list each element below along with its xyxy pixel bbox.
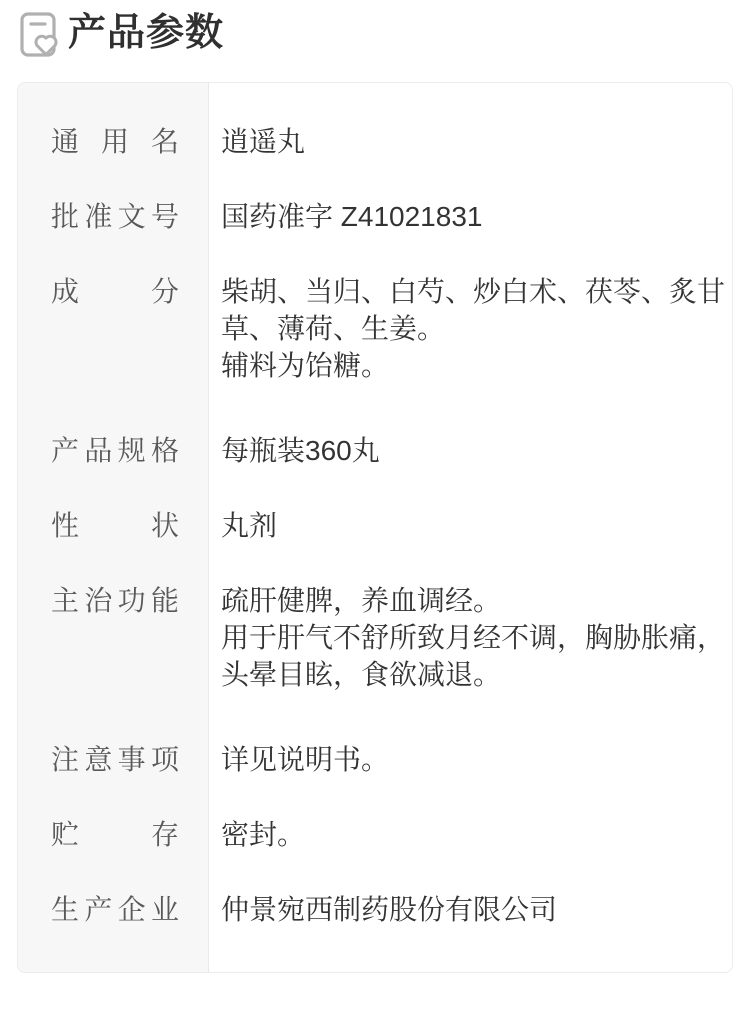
row-value: 国药准字 Z41021831 — [208, 179, 733, 254]
parameters-table: 通用名 逍遥丸 批准文号 国药准字 Z41021831 成分 柴胡、当归、白芍、… — [18, 104, 733, 947]
table-row: 批准文号 国药准字 Z41021831 — [18, 179, 733, 254]
value-line: 疏肝健脾，养血调经。 — [221, 582, 725, 619]
table-row: 主治功能 疏肝健脾，养血调经。用于肝气不舒所致月经不调，胸胁胀痛，头晕目眩，食欲… — [18, 563, 733, 722]
row-label: 批准文号 — [51, 198, 179, 235]
parameters-card: 通用名 逍遥丸 批准文号 国药准字 Z41021831 成分 柴胡、当归、白芍、… — [17, 82, 733, 973]
row-label-cell: 批准文号 — [18, 179, 208, 254]
row-label-cell: 成分 — [18, 254, 208, 413]
table-row: 成分 柴胡、当归、白芍、炒白术、茯苓、炙甘草、薄荷、生姜。辅料为饴糖。 — [18, 254, 733, 413]
value-line: 国药准字 Z41021831 — [221, 198, 725, 235]
row-label-cell: 注意事项 — [18, 722, 208, 797]
value-line: 逍遥丸 — [221, 123, 725, 160]
table-row: 产品规格 每瓶装360丸 — [18, 413, 733, 488]
row-label: 贮存 — [51, 816, 179, 853]
value-line: 头晕目眩，食欲减退。 — [221, 656, 725, 693]
row-value: 仲景宛西制药股份有限公司 — [208, 872, 733, 947]
row-label: 成分 — [51, 273, 179, 310]
row-label: 注意事项 — [51, 741, 179, 778]
row-label-cell: 通用名 — [18, 104, 208, 179]
row-label: 产品规格 — [51, 432, 179, 469]
row-label-cell: 性状 — [18, 488, 208, 563]
value-line: 用于肝气不舒所致月经不调，胸胁胀痛， — [221, 619, 725, 656]
value-line: 仲景宛西制药股份有限公司 — [221, 891, 725, 928]
row-value: 每瓶装360丸 — [208, 413, 733, 488]
row-value: 密封。 — [208, 797, 733, 872]
section-title: 产品参数 — [68, 10, 224, 56]
table-row: 生产企业 仲景宛西制药股份有限公司 — [18, 872, 733, 947]
table-row: 通用名 逍遥丸 — [18, 104, 733, 179]
row-value: 逍遥丸 — [208, 104, 733, 179]
row-label-cell: 贮存 — [18, 797, 208, 872]
value-line: 密封。 — [221, 816, 725, 853]
row-value: 丸剂 — [208, 488, 733, 563]
row-value: 柴胡、当归、白芍、炒白术、茯苓、炙甘草、薄荷、生姜。辅料为饴糖。 — [208, 254, 733, 413]
row-label: 通用名 — [51, 123, 179, 160]
row-label: 主治功能 — [51, 582, 179, 619]
value-line: 每瓶装360丸 — [221, 432, 725, 469]
document-heart-icon — [18, 9, 62, 57]
row-label-cell: 产品规格 — [18, 413, 208, 488]
row-value: 详见说明书。 — [208, 722, 733, 797]
section-header: 产品参数 — [0, 0, 750, 58]
product-params-page: 产品参数 通用名 逍遥丸 批准文号 国药准字 Z41021831 成分 柴胡、当… — [0, 0, 750, 973]
table-row: 性状 丸剂 — [18, 488, 733, 563]
row-label: 生产企业 — [51, 891, 179, 928]
value-line: 柴胡、当归、白芍、炒白术、茯苓、炙甘 — [221, 273, 725, 310]
row-label: 性状 — [51, 507, 179, 544]
table-row: 注意事项 详见说明书。 — [18, 722, 733, 797]
value-line: 辅料为饴糖。 — [221, 347, 725, 384]
value-line: 详见说明书。 — [221, 741, 725, 778]
row-label-cell: 生产企业 — [18, 872, 208, 947]
value-line: 草、薄荷、生姜。 — [221, 310, 725, 347]
row-value: 疏肝健脾，养血调经。用于肝气不舒所致月经不调，胸胁胀痛，头晕目眩，食欲减退。 — [208, 563, 733, 722]
row-label-cell: 主治功能 — [18, 563, 208, 722]
value-line: 丸剂 — [221, 507, 725, 544]
table-row: 贮存 密封。 — [18, 797, 733, 872]
